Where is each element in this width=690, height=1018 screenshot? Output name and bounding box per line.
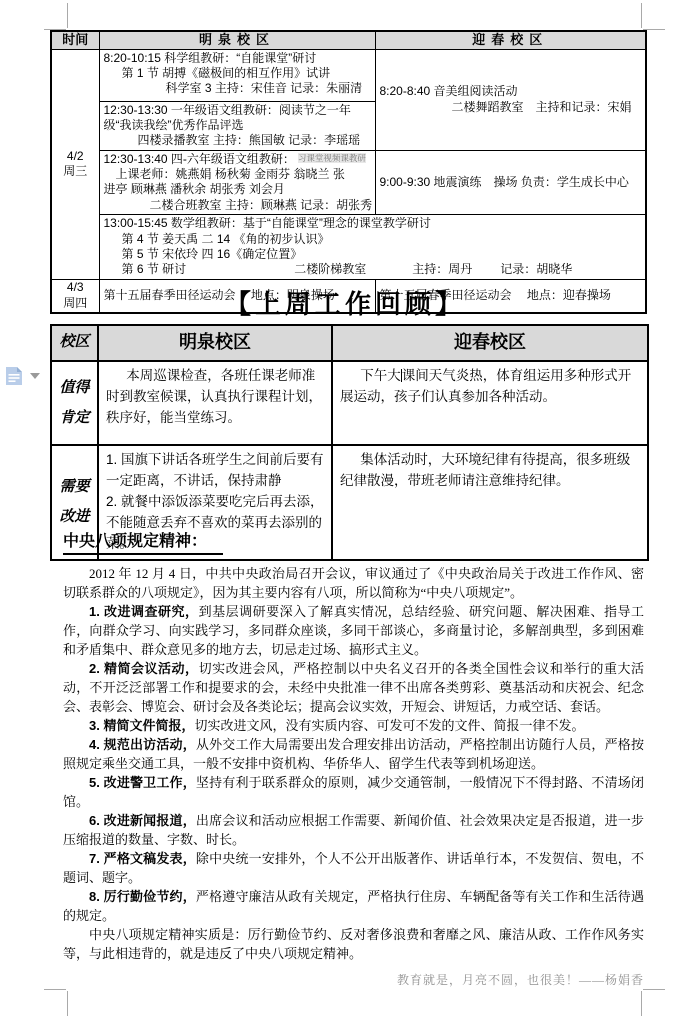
item-lead: 5. 改进警卫工作，: [89, 775, 196, 790]
item-text: 切实改进文风，没有实质内容、可发可不发的文件、简报一律不发。: [194, 718, 584, 733]
revision-note-tag: 习课堂视频课教研: [298, 153, 366, 163]
regulations-title: 中央八项规定精神：: [63, 528, 223, 555]
review-praise-yingchun: 下午大课间天气炎热，体育组运用多种形式开展运动，孩子们认真参加各种活动。: [332, 361, 648, 445]
signature-quote: 教育就是，月亮不圆，也很美！——杨娟香: [63, 971, 644, 988]
schedule-line: 科学室 3 主持：宋佳音 记录：朱丽清: [104, 81, 371, 96]
schedule-line: 12:30-13:40 四-六年级语文组教研：习课堂视频课教研: [104, 152, 371, 167]
regulation-item: 5. 改进警卫工作，坚持有利于联系群众的原则，减少交通管制，一般情况下不得封路、…: [63, 773, 644, 811]
item-lead: 2. 精简会议活动，: [89, 661, 199, 676]
regulations-intro: 2012 年 12 月 4 日，中共中央政治局召开会议，审议通过了《中央政治局关…: [63, 564, 644, 602]
schedule-header-yingchun: 迎春校区: [375, 31, 646, 49]
dropdown-arrow-icon[interactable]: [30, 373, 40, 379]
label-line: 值得: [52, 373, 97, 403]
recorder-label: 记录：胡晓华: [500, 262, 572, 276]
regulations-closing: 中央八项规定精神实质是：厉行勤俭节约、反对奢侈浪费和奢靡之风、廉洁从政、工作作风…: [63, 925, 644, 963]
weekly-schedule-table: 时间 明泉校区 迎春校区 4/2 周三 8:20-10:15 科学组教研：“自能…: [50, 30, 647, 314]
crop-mark-bottom-right: [643, 989, 665, 990]
review-label-praise: 值得 肯定: [51, 361, 98, 445]
item-lead: 1. 改进调查研究，: [89, 604, 199, 619]
schedule-line: 13:00-15:45 数学组教研：基于“自能课堂”理念的课堂教学研讨: [104, 216, 642, 231]
review-text: 集体活动时，大环境纪律有待提高，很多班级纪律散漫，带班老师请注意维持纪律。: [340, 450, 640, 492]
item-lead: 6. 改进新闻报道，: [89, 813, 196, 828]
schedule-date-cell-day1: 4/2 周三: [51, 49, 99, 279]
item-lead: 4. 规范出访活动，: [89, 737, 196, 752]
document-note-icon: [5, 366, 23, 386]
schedule-line: 第 5 节 宋依玲 四 16《确定位置》: [104, 247, 642, 262]
review-text: 下午大课间天气炎热，体育组运用多种形式开展运动，孩子们认真参加各种活动。: [340, 366, 640, 408]
host-label: 主持：周丹: [412, 262, 472, 276]
schedule-line: 8:20-10:15 科学组教研：“自能课堂”研讨: [104, 51, 371, 66]
weekday-label: 周三: [52, 164, 99, 180]
schedule-cell-chinese-grade1: 12:30-13:30 一年级语文组教研：阅读节之一年 级“我读我绘”优秀作品评…: [99, 101, 375, 150]
review-text-part: 下午大: [360, 368, 401, 383]
label-line: 需要: [52, 472, 97, 502]
review-praise-mingquan: 本周巡课检查，各班任课老师准时到教室候课，认真执行课程计划，秩序好，能当堂练习。: [98, 361, 332, 445]
schedule-line: 二楼舞蹈教室 主持和记录：宋娟: [380, 100, 642, 115]
document-page: 时间 明泉校区 迎春校区 4/2 周三 8:20-10:15 科学组教研：“自能…: [0, 0, 690, 1018]
crop-mark-top-left: [67, 3, 68, 28]
schedule-line: 9:00-9:30 地震演练 操场 负责：学生成长中心: [380, 175, 642, 190]
schedule-line: 二楼合班教室 主持：顾琳燕 记录：胡张秀: [104, 198, 371, 213]
label-line: 肯定: [52, 403, 97, 433]
schedule-cell-earthquake-drill: 9:00-9:30 地震演练 操场 负责：学生成长中心: [375, 150, 646, 214]
schedule-line: 进亭 顾琳燕 潘秋余 胡张秀 刘会月: [104, 182, 371, 197]
item-lead: 7. 严格文稿发表，: [89, 851, 196, 866]
crop-mark-bottom-left: [44, 989, 66, 990]
date-label: 4/2: [52, 149, 99, 165]
regulations-section: 中央八项规定精神： 2012 年 12 月 4 日，中共中央政治局召开会议，审议…: [63, 528, 644, 988]
margin-document-note-icon[interactable]: [5, 366, 23, 386]
review-header-mingquan: 明泉校区: [98, 325, 332, 361]
schedule-header-mingquan: 明泉校区: [99, 31, 375, 49]
schedule-line: 12:30-13:30 一年级语文组教研：阅读节之一年: [104, 103, 371, 118]
regulation-item: 4. 规范出访活动，从外交工作大局需要出发合理安排出访活动，严格控制出访随行人员…: [63, 735, 644, 773]
schedule-cell-chinese-grade4-6: 12:30-13:40 四-六年级语文组教研：习课堂视频课教研 上课老师：姚燕娟…: [99, 150, 375, 214]
section-title-last-week-review: 【上周工作回顾】: [0, 284, 690, 321]
schedule-line: 第 1 节 胡搏《磁极间的相互作用》试讲: [104, 66, 371, 81]
schedule-line-text: 12:30-13:40 四-六年级语文组教研：: [104, 152, 295, 166]
schedule-line: 8:20-8:40 音美组阅读活动: [380, 84, 642, 99]
review-text: 本周巡课检查，各班任课老师准时到教室候课，认真执行课程计划，秩序好，能当堂练习。: [106, 366, 324, 429]
schedule-cell-science-group: 8:20-10:15 科学组教研：“自能课堂”研讨 第 1 节 胡搏《磁极间的相…: [99, 49, 375, 101]
schedule-line: 第 4 节 姜天禹 二 14 《角的初步认识》: [104, 232, 642, 247]
regulation-item: 3. 精简文件简报，切实改进文风，没有实质内容、可发可不发的文件、简报一律不发。: [63, 716, 644, 735]
schedule-header-time: 时间: [51, 31, 99, 49]
review-text: 1. 国旗下讲话各班学生之间前后要有一定距离，不讲话，保持肃静: [106, 450, 324, 492]
schedule-line: 级“我读我绘”优秀作品评选: [104, 118, 371, 133]
crop-mark-top-right: [641, 3, 642, 28]
item-lead: 8. 厉行勤俭节约，: [89, 889, 196, 904]
schedule-line: 第 6 节 研讨二楼阶梯教室主持：周丹记录：胡晓华: [104, 262, 642, 277]
schedule-cell-music-reading: 8:20-8:40 音美组阅读活动 二楼舞蹈教室 主持和记录：宋娟: [375, 49, 646, 150]
regulation-item: 7. 严格文稿发表，除中央统一安排外，个人不公开出版著作、讲话单行本，不发贺信、…: [63, 849, 644, 887]
review-header-yingchun: 迎春校区: [332, 325, 648, 361]
regulation-item: 2. 精简会议活动，切实改进会风，严格控制以中央名义召开的各类全国性会议和举行的…: [63, 659, 644, 716]
schedule-line-text: 第 6 节 研讨: [122, 262, 187, 276]
schedule-line: 上课老师：姚燕娟 杨秋菊 金雨芬 翁晓兰 张: [104, 167, 371, 182]
regulation-item: 1. 改进调查研究，到基层调研要深入了解真实情况，总结经验、研究问题、解决困难、…: [63, 602, 644, 659]
schedule-line: 四楼录播教室 主持：熊国敏 记录：李瑶瑶: [104, 133, 371, 148]
regulation-item: 6. 改进新闻报道，出席会议和活动应根据工作需要、新闻价值、社会效果决定是否报道…: [63, 811, 644, 849]
last-week-review-table: 校区 明泉校区 迎春校区 值得 肯定 本周巡课检查，各班任课老师准时到教室候课，…: [50, 324, 649, 561]
room-label: 二楼阶梯教室: [294, 262, 366, 276]
crop-mark-bottom-left: [67, 991, 68, 1016]
item-lead: 3. 精简文件简报，: [89, 718, 194, 733]
review-header-campus: 校区: [51, 325, 98, 361]
crop-mark-bottom-right: [641, 991, 642, 1016]
schedule-cell-math-group: 13:00-15:45 数学组教研：基于“自能课堂”理念的课堂教学研讨 第 4 …: [99, 215, 646, 279]
regulation-item: 8. 厉行勤俭节约，严格遵守廉洁从政有关规定，严格执行住房、车辆配备等有关工作和…: [63, 887, 644, 925]
